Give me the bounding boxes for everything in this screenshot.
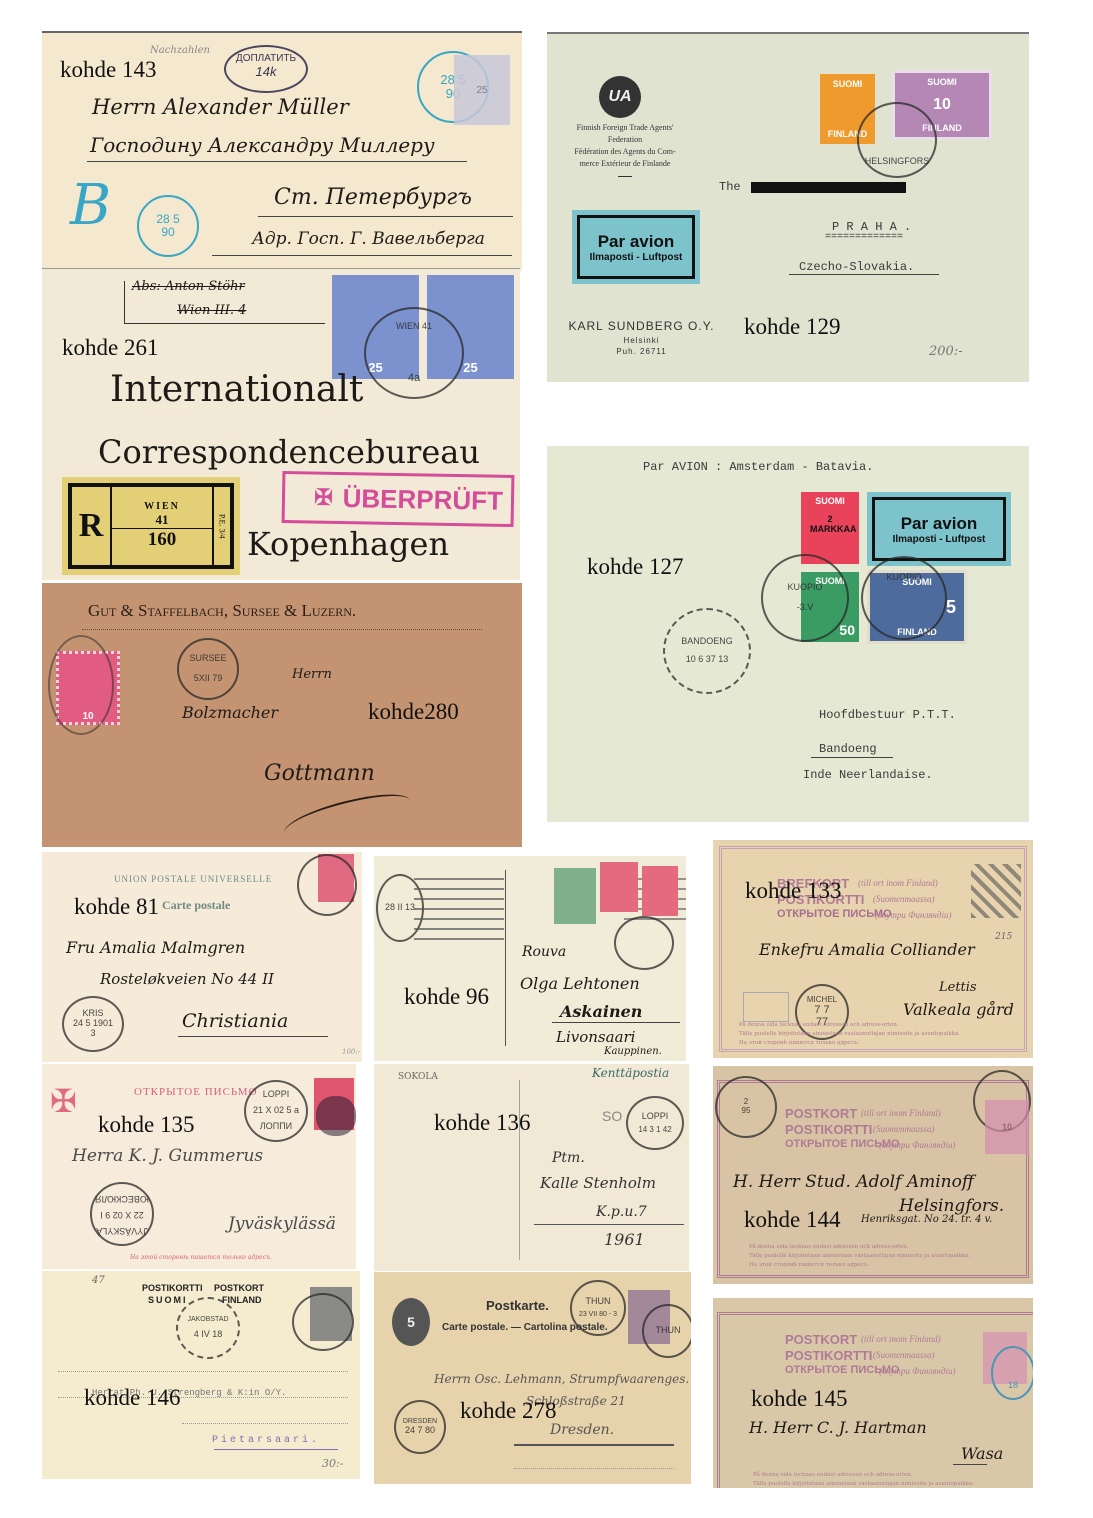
address-line-2: Correspondencebureau <box>98 433 480 471</box>
item-kohde-133[interactable]: BREFKORT POSTIKORTTI ОТКРЫТОЕ ПИСЬМО (ti… <box>713 840 1033 1058</box>
footer-line-3: На этой сторонѣ пишется только адресъ. <box>739 1040 859 1046</box>
address-line-1: Herrn <box>292 667 332 682</box>
address-line-2: Kalle Stenholm <box>540 1174 656 1192</box>
address-line-2: Bolzmacher <box>182 703 278 722</box>
card-header: UNION POSTALE UNIVERSELLE <box>114 874 272 884</box>
blue-mark: B <box>70 173 111 238</box>
postmark-thun-2: THUN <box>642 1304 691 1358</box>
card-header: ОТКРЫТОЕ ПИСЬМО <box>134 1086 258 1098</box>
postmark-blue: 18 <box>991 1346 1033 1400</box>
print-note-2: (Suomenmaassa) <box>873 1350 935 1360</box>
item-kohde-127[interactable]: Par AVION : Amsterdam - Batavia. SUOMI 2… <box>547 446 1029 822</box>
card-title: Postkarte. <box>486 1298 549 1313</box>
eagle-icon: ✠ <box>314 485 333 511</box>
postmark-dresden: DRESDEN 24 7 80 <box>394 1400 446 1454</box>
lot-label: kohde 144 <box>744 1207 840 1233</box>
stamp-red-overprint: SUOMI 2 MARKKAA <box>801 492 859 564</box>
address-line-1: Internationalt <box>110 369 363 410</box>
sender-note-line-1: Abs: Anton Stöhr <box>132 279 245 294</box>
postmark-jyvaskyla: JYVÄSKYLÄ 22 X 02 9 I ЮВЕСКЮЛЯ <box>90 1182 154 1246</box>
footer-line-1: På denna sida tecknas endast adressen oc… <box>753 1472 913 1478</box>
address-line-3: Christiania <box>182 1010 288 1032</box>
postmark-bandoeng: BANDOENG 10 6 37 13 <box>663 608 751 694</box>
address-line-4: Livonsaari <box>556 1028 635 1046</box>
address-line-2: Jyväskylässä <box>228 1214 336 1234</box>
postmark-kuopio-1: KUOPIO -3.V <box>761 554 849 642</box>
address-line-1: Herra K. J. Gummerus <box>72 1146 263 1166</box>
pencil-price: 200:- <box>929 344 963 359</box>
russian-eagle-icon: ✠ <box>50 1082 77 1120</box>
oval-cancel <box>316 1096 356 1136</box>
address-line-2: Wasa <box>961 1444 1003 1463</box>
address-line-1: Herrn Alexander Müller <box>92 95 349 119</box>
print-note-1: (till ort inom Finland) <box>858 878 938 888</box>
footer-line-3: На этой сторонѣ пишется только адресъ. <box>749 1262 869 1268</box>
lot-label: kohde 143 <box>60 57 156 83</box>
sender-note-line-2: Wien III. 4 <box>177 303 246 318</box>
postmark-sursee: SURSEE 5XII 79 <box>177 638 239 700</box>
print-line-1: POSTKORT <box>785 1106 857 1121</box>
print-line-2: POSTIKORTTI <box>785 1348 872 1363</box>
address-line-1: H. Herr C. J. Hartman <box>749 1418 927 1437</box>
item-kohde-143[interactable]: kohde 143 Nachzahlen ДОПЛАТИТЬ 14k 28 59… <box>42 31 522 271</box>
address-line-3: Kopenhagen <box>247 525 449 563</box>
lot-label: kohde280 <box>368 699 459 725</box>
company-header: Gut & Staffelbach, Sursee & Luzern. <box>88 601 356 621</box>
footer-line-2: Tälle puolelle kirjoitetaan ainoastaan v… <box>753 1481 974 1487</box>
postmark-wien: WIEN 41 4a <box>364 307 464 399</box>
item-kohde-136[interactable]: SOKOLA Kenttäpostia kohde 136 SO LOPPI 1… <box>374 1064 689 1271</box>
postmark-helsingfors: HELSINGFORS <box>857 102 937 178</box>
print-note-1: (till ort inom Finland) <box>861 1334 941 1344</box>
address-line-3: Inde Neerlandaise. <box>803 768 933 782</box>
lot-label: kohde 135 <box>98 1112 194 1138</box>
censor-stamp: ✠ÜBERPRÜFT <box>282 471 515 527</box>
top-note: Kenttäpostia <box>592 1066 669 1080</box>
address-line-1: Fru Amalia Malmgren <box>66 938 245 957</box>
item-kohde-144[interactable]: 295 10 POSTKORT POSTIKORTTI ОТКРЫТОЕ ПИС… <box>713 1066 1033 1284</box>
footer-line-2: Tälle puolelle kirjoitetaan ainoastaan v… <box>749 1253 970 1259</box>
item-kohde-261[interactable]: Abs: Anton Stöhr Wien III. 4 25 25 WIEN … <box>42 268 520 580</box>
pencil-price: 30:- <box>322 1457 343 1470</box>
address-line-2: Rosteløkveien No 44 II <box>100 970 274 988</box>
address-line-2: Господину Александру Миллеру <box>90 133 435 157</box>
lot-label: kohde 81 <box>74 894 159 920</box>
address-line-3: K.p.u.7 <box>596 1204 647 1220</box>
address-prefix: The <box>719 180 741 194</box>
stamp-red-1 <box>600 862 638 912</box>
imprinted-stamp: 25 <box>454 55 510 125</box>
lot-label: kohde 96 <box>404 984 489 1010</box>
postmark-loppi: LOPPI 21 X 02 5 a ЛОППИ <box>244 1080 308 1142</box>
address-line-3: Valkeala gård <box>903 1000 1014 1019</box>
postmark-stamp <box>292 1293 354 1351</box>
postmark-loppi: LOPPI 14 3 1 42 <box>626 1096 684 1150</box>
pencil-note: SOKOLA <box>398 1072 438 1082</box>
postmark-thun-1: THUN 23 VII 80 - 3 <box>570 1280 626 1336</box>
typed-address-2: Pietarsaari. <box>212 1435 320 1446</box>
address-line-1: Rouva <box>522 944 566 960</box>
pencil-note: 47 <box>92 1275 105 1286</box>
footer-line-2: Tälle puolelle kirjoitetaan ainoastaan v… <box>739 1031 960 1037</box>
header-left-1: POSTIKORTTI <box>142 1283 203 1293</box>
lot-label: kohde 136 <box>434 1110 530 1136</box>
header-left-2: SUOMI <box>148 1295 188 1305</box>
item-kohde-129[interactable]: UA Finnish Foreign Trade Agents' Federat… <box>547 32 1029 382</box>
postmark-right <box>614 916 674 970</box>
footer-line-1: På denna sida tecknas endast adressen oc… <box>749 1244 909 1250</box>
print-note-2: (Suomenmaassa) <box>873 1124 935 1134</box>
pencil-note: Nachzahlen <box>150 45 210 56</box>
airmail-label: Par avion Ilmaposti - Luftpost <box>867 492 1011 566</box>
pencil-note: 215 <box>995 932 1012 942</box>
address-line-2: Lettis <box>939 980 977 995</box>
address-country: Czecho-Slovakia. <box>799 260 914 274</box>
postmark-railway: 295 <box>715 1076 777 1138</box>
print-note-3: (внутри Финляндіи) <box>879 1140 955 1150</box>
postmark-kuopio-2: KUOPIO <box>861 556 947 640</box>
address-line-4: Адр. Госп. Г. Вавельберга <box>252 229 485 249</box>
item-kohde-135[interactable]: ✠ ОТКРЫТОЕ ПИСЬМО LOPPI 21 X 02 5 a ЛОПП… <box>42 1064 356 1269</box>
address-line-1: H. Herr Stud. Adolf Aminoff <box>733 1172 974 1192</box>
lot-label: kohde 127 <box>587 554 683 580</box>
stamp-red-2 <box>642 866 678 916</box>
address-line-1: Herrn Osc. Lehmann, Strumpfwaarenges. <box>434 1372 689 1386</box>
address-line-3: Gottmann <box>264 761 375 786</box>
item-kohde-81[interactable]: UNION POSTALE UNIVERSELLE kohde 81 Carte… <box>42 852 362 1062</box>
swiss-imprinted-oval: 5 <box>392 1298 430 1346</box>
oval-postage-due-stamp: ДОПЛАТИТЬ 14k <box>224 45 308 93</box>
header-right-1: POSTKORT <box>214 1283 264 1293</box>
company-block: KARL SUNDBERG O.Y. Helsinki Puh. 26711 <box>559 319 724 356</box>
item-kohde-145[interactable]: 18 POSTKORT POSTIKORTTI ОТКРЫТОЕ ПИСЬМО … <box>713 1298 1033 1488</box>
address-line-5: Kauppinen. <box>604 1046 662 1057</box>
print-line-1: POSTKORT <box>785 1332 857 1347</box>
address-line-3: Askainen <box>560 1002 642 1021</box>
postmark-jakobstad: JAKOBSTAD 4 IV 18 <box>176 1297 240 1359</box>
address-city: Ст. Петербургъ <box>274 185 472 210</box>
sokola-cachet: SO <box>602 1108 622 1124</box>
lot-label: kohde 278 <box>460 1398 556 1424</box>
address-line-3: Dresden. <box>550 1422 614 1438</box>
postmark-top <box>297 854 357 916</box>
address-line-3: Henriksgat. No 24. tr. 4 v. <box>861 1214 992 1225</box>
print-note-3: (внутри Финляндіи) <box>875 910 951 920</box>
item-kohde-280[interactable]: Gut & Staffelbach, Sursee & Luzern. 10 S… <box>42 583 522 847</box>
address-line-1: Hoofdbestuur P.T.T. <box>819 708 956 722</box>
print-note-2: (Suomenmaassa) <box>873 894 935 904</box>
pencil-price: 100:- <box>342 1048 360 1056</box>
print-line-2: POSTIKORTTI <box>785 1122 872 1137</box>
route-line: Par AVION : Amsterdam - Batavia. <box>643 460 873 474</box>
lot-label: kohde 133 <box>745 878 841 904</box>
lot-label: kohde 129 <box>744 314 840 340</box>
postmark-blue-bottom: 28 590 <box>137 195 199 257</box>
address-line-2: Bandoeng <box>819 742 877 756</box>
print-note-3: (внутри Финляндіи) <box>879 1366 955 1376</box>
print-note-1: (till ort inom Finland) <box>861 1108 941 1118</box>
imprinted-stamp-10: 10 <box>985 1100 1029 1154</box>
machine-cancel-lines <box>414 878 504 940</box>
item-kohde-278[interactable]: 5 Postkarte. Carte postale. — Cartolina … <box>374 1272 691 1484</box>
redacted-name <box>751 182 906 193</box>
sender-block: Finnish Foreign Trade Agents' Federation… <box>555 122 695 177</box>
airmail-label: Par avion Ilmaposti - Luftpost <box>572 210 700 284</box>
address-line-2: Helsingfors. <box>899 1196 1004 1216</box>
diamond-cancel <box>971 864 1021 918</box>
address-line-4: 1961 <box>604 1230 645 1249</box>
item-kohde-146[interactable]: 47 POSTIKORTTI SUOMI POSTKORT FINLAND JA… <box>42 1271 360 1479</box>
registration-label: R WIEN 41 160 P.E. 3/4 <box>62 477 240 575</box>
address-line-2: Olga Lehtonen <box>520 974 640 993</box>
federation-logo: UA <box>599 76 641 118</box>
lot-label: kohde 145 <box>751 1386 847 1412</box>
postmark-kristiania: KRIS 24 5 1901 3 <box>62 996 124 1052</box>
lot-label: kohde 146 <box>84 1385 180 1411</box>
lot-label: kohde 261 <box>62 335 158 361</box>
postmark-stamp <box>48 635 114 735</box>
card-footer: На этой сторонѣ пишется только адресъ. <box>130 1254 272 1261</box>
registration-box <box>743 992 789 1022</box>
address-line-1: Enkefru Amalia Colliander <box>759 940 975 959</box>
city-underline: ============= <box>825 232 903 243</box>
address-line-1: Ptm. <box>552 1150 585 1166</box>
stamp-green-lion <box>554 868 596 924</box>
item-kohde-96[interactable]: 28 II 13 Rouva Olga Lehtonen kohde 96 As… <box>374 856 686 1061</box>
footer-line-1: På denna sida tecknas endast adressen oc… <box>739 1022 899 1028</box>
card-title: Carte postale <box>162 898 230 913</box>
